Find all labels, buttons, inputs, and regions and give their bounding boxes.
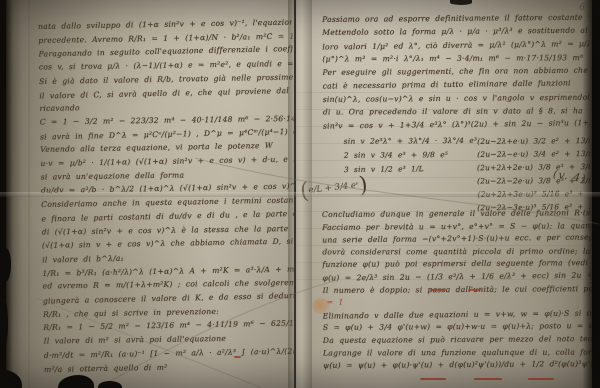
wax-stain (312, 298, 330, 314)
manuscript-line: (2u−2λ−e·u) 3/4 e² + 13/8 e³ + 3λ/8 e³ (477, 147, 590, 162)
right-page-text-bottom: Concludiamo dunque in generale il valore… (322, 207, 592, 373)
red-underline (430, 289, 446, 291)
red-underline (528, 378, 554, 380)
manuscript-line: 14Da questa equazione si può ricavare pe… (323, 333, 592, 347)
red-underline (468, 289, 481, 291)
manuscript-line: 2 sin v 3/4 e³ + 9/8 e⁵ (344, 148, 477, 163)
torn-edge-blot (0, 298, 8, 346)
manuscript-scan: nata dallo sviluppo di (1+α sin²v + e co… (0, 0, 600, 388)
red-mark (234, 356, 241, 358)
left-margin-crease (28, 0, 30, 388)
manuscript-line: (2u−2λ+e·u) 3/2 e² + 13/8 e³ + 9λ/8 e³ +… (477, 133, 590, 148)
manuscript-line: sin v 2e³λ° + 3λ°/4 · 3λ°/4 e³ (344, 134, 477, 149)
manuscript-line: ψ(u) = ψ(u) + φ(u)·ψ'(u) + d(φ(u)²ψ'(u))… (323, 358, 592, 372)
page-number: 6 (579, 3, 585, 13)
ink-blot (98, 381, 122, 388)
horizontal-fold-crease (0, 192, 600, 197)
right-page-text-top: 11Passiamo ora ad esporre definitivament… (322, 11, 590, 133)
equation-table-left-column: sin v 2e³λ° + 3λ°/4 · 3λ°/4 e³2 sin v 3/… (322, 131, 478, 215)
red-underline (420, 378, 446, 380)
top-edge-notch (450, 0, 472, 5)
red-underline (474, 378, 502, 380)
